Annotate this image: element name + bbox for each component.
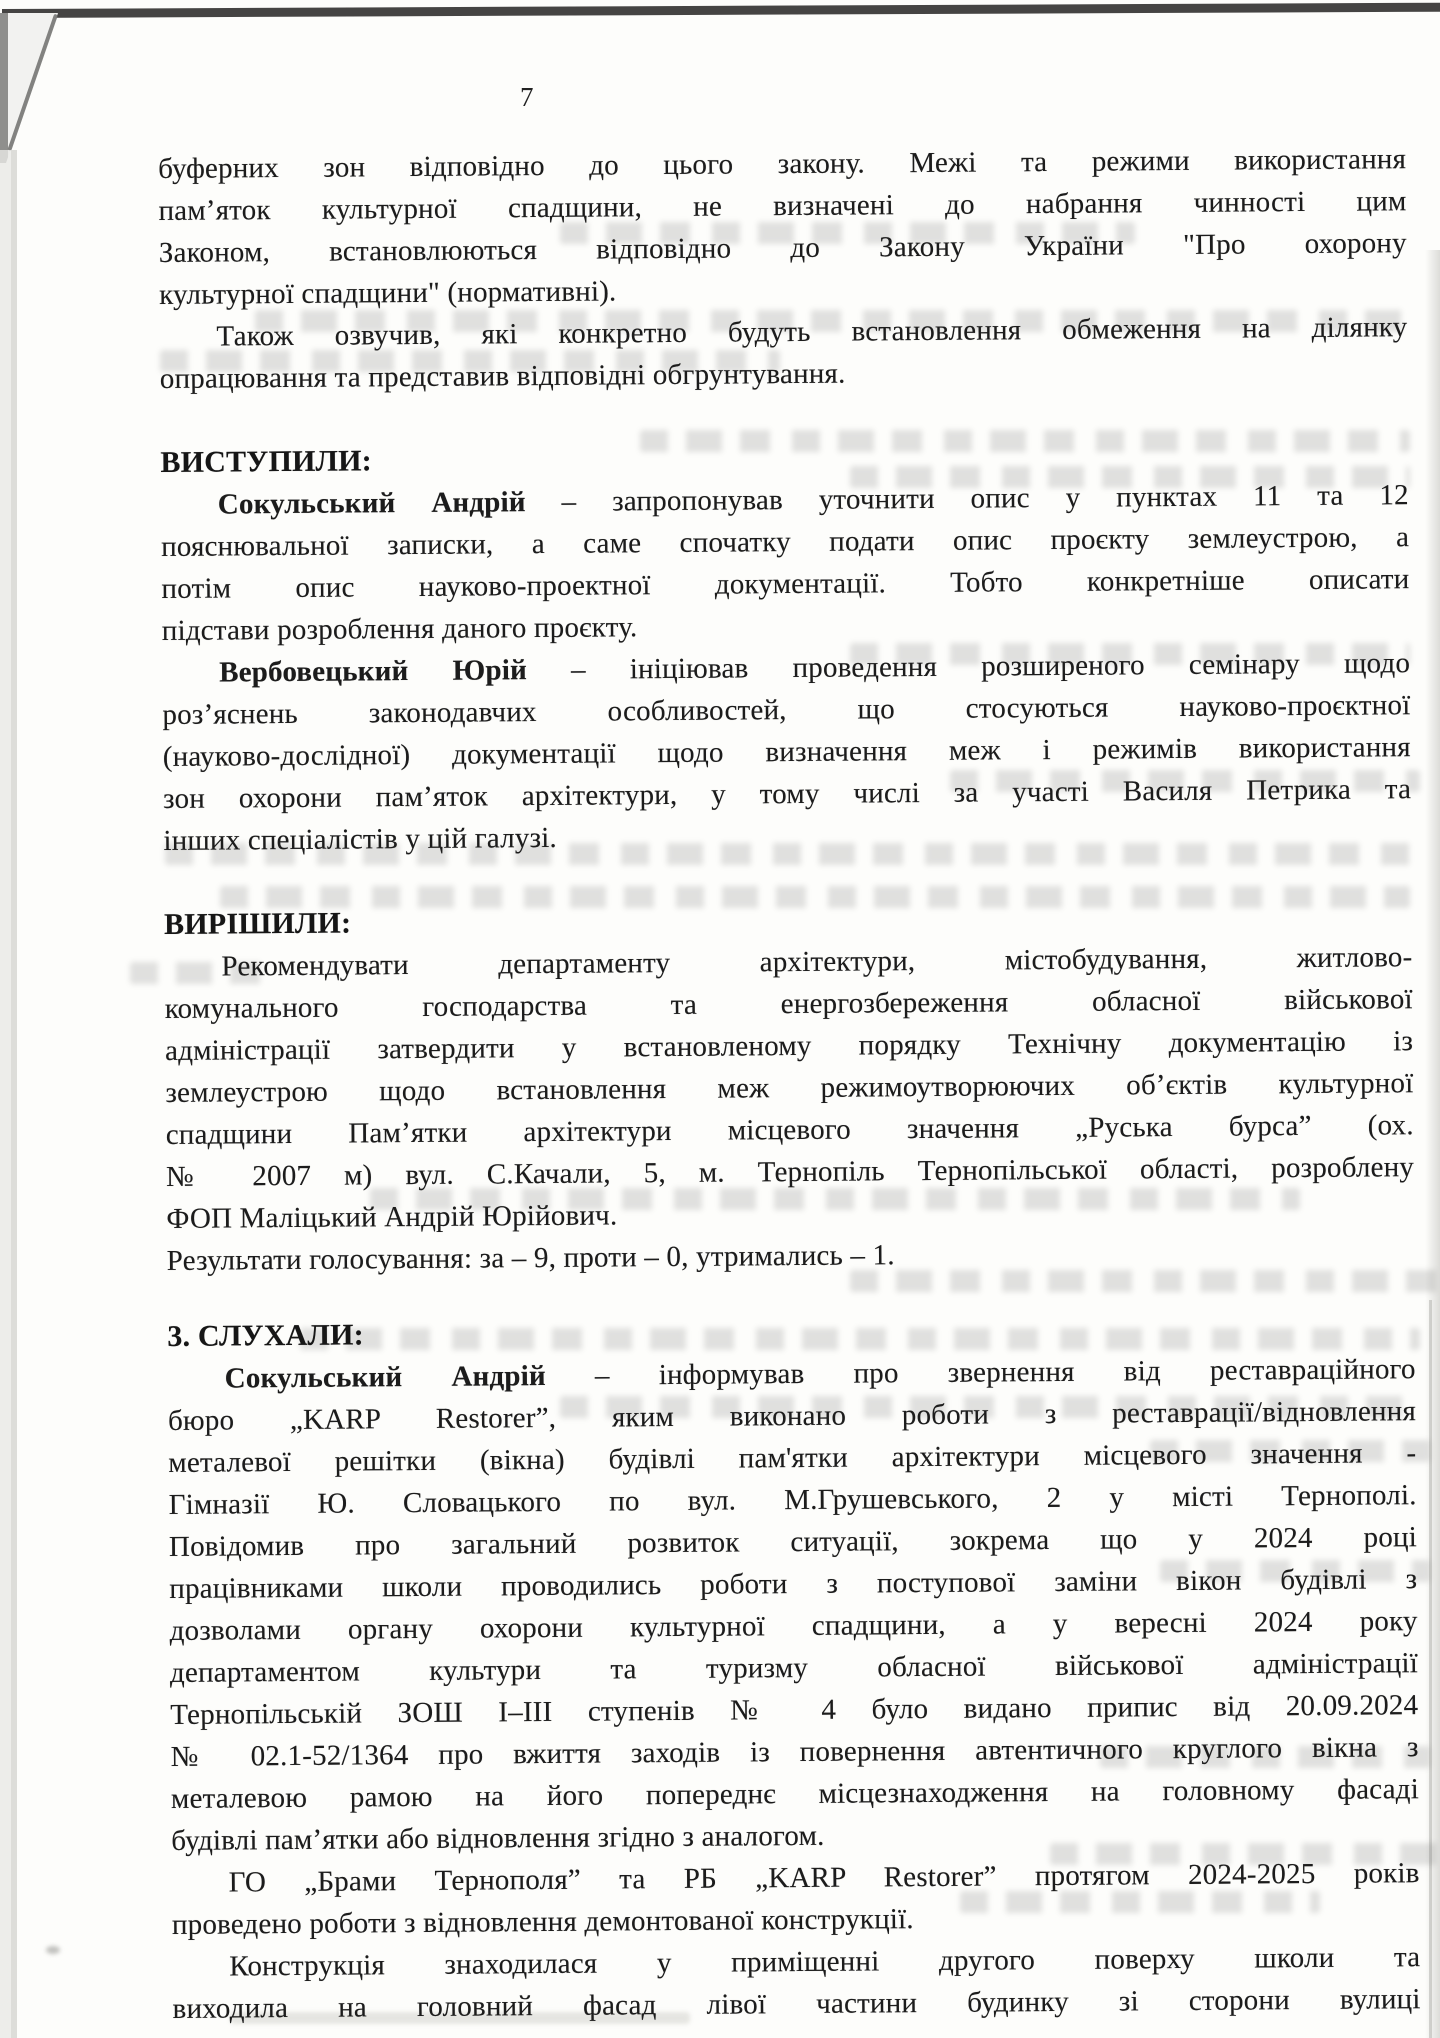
paragraph: Також озвучив, які конкретно будуть вста… [159,306,1408,400]
scan-smudge-artifact [46,1946,60,1954]
scan-left-line-artifact [11,150,17,2038]
paragraph-decision: Рекомендувати департаменту архітектури, … [164,936,1414,1240]
text-line: – запропонував уточнити опис у пунктах 1… [561,479,1408,518]
text-line: – ініціював проведення розширеного семін… [571,647,1410,686]
document-body: буферних зон відповідно до цього закону.… [158,138,1421,2030]
text-line: інших спеціалістів у цій галузі. [163,810,1411,862]
vote-results-line: Результати голосування: за – 9, проти – … [167,1230,1415,1282]
speaker-name: Сокульський Андрій [225,1360,546,1395]
scan-top-edge-artifact [2,3,1440,18]
paragraph-continuation: буферних зон відповідно до цього закону.… [158,138,1407,316]
text-line: опрацювання та представив відповідні обг… [160,348,1408,400]
scanned-page: 7 буферних зон відповідно до цього закон… [0,0,1440,2038]
scan-right-line-artifact [1429,1300,1432,2038]
speaker-name: Сокульський Андрій [218,486,526,520]
scan-right-band-artifact [1425,250,1440,2038]
paragraph: Конструкція знаходилася у приміщенні дру… [172,1936,1421,2030]
paragraph-speaker: Сокульський Андрій – інформував про звер… [168,1348,1420,1862]
text-line: – інформував про звернення від реставрац… [595,1353,1416,1391]
text-line: виходила на головний фасад лівої частини… [172,1978,1420,2030]
paragraph: ГО „Брами Тернополя” та РБ „KARP Restore… [171,1852,1420,1946]
paragraph-speaker: Сокульський Андрій – запропонував уточни… [161,474,1410,652]
page-number: 7 [520,82,534,113]
scan-left-band-artifact [0,150,11,2038]
paragraph-speaker: Вербовецький Юрій – ініціював проведення… [162,642,1412,862]
speaker-name: Вербовецький Юрій [219,654,527,688]
